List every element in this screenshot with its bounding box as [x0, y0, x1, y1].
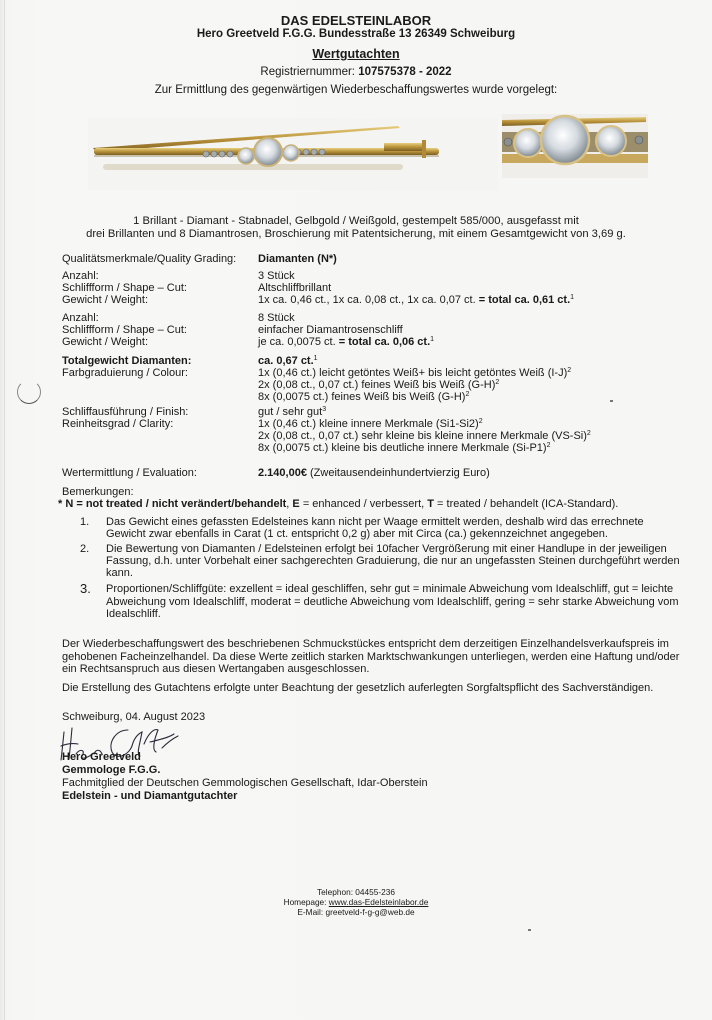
legend-t-text: = treated / behandelt (ICA-Standard). — [434, 498, 618, 510]
note-text: Das Gewicht eines gefassten Edelsteines … — [106, 516, 644, 540]
colour-value-1: 1x (0,46 ct.) leicht getöntes Weiß+ bis … — [258, 368, 571, 380]
lab-address: Hero Greetveld F.G.G. Bundesstraße 13 26… — [0, 28, 712, 40]
footnote-ref: 3 — [322, 406, 326, 413]
registration-line: Registriernummer: 107575378 - 2022 — [0, 66, 712, 78]
legend-e-text: = enhanced / verbessert, — [300, 498, 428, 510]
finish-value: gut / sehr gut3 — [258, 407, 326, 419]
note-number: 3. — [80, 583, 91, 595]
group2-count-value: 8 Stück — [258, 313, 295, 325]
legend-t-key: T — [427, 498, 434, 510]
group1-weight-label: Gewicht / Weight: — [62, 295, 148, 307]
note-number: 1. — [80, 516, 89, 528]
colour-value-3: 8x (0,0075 ct.) feines Weiß bis Weiß (G-… — [258, 392, 469, 404]
group2-weight-text: je ca. 0,0075 ct. — [258, 336, 339, 348]
footnote-ref: 1 — [430, 336, 434, 343]
treatment-legend: * N = not treated / nicht verändert/beha… — [58, 498, 618, 510]
footer-contact: Telephon: 04455-236 Homepage: www.das-Ed… — [0, 887, 712, 917]
group2-weight-label: Gewicht / Weight: — [62, 337, 148, 349]
footer-phone: Telephon: 04455-236 — [0, 887, 712, 897]
clarity-text: 1x (0,46 ct.) kleine innere Merkmale (Si… — [258, 418, 479, 430]
clarity-text: 8x (0,0075 ct.) kleine bis deutliche inn… — [258, 442, 547, 454]
clarity-value-1: 1x (0,46 ct.) kleine innere Merkmale (Si… — [258, 419, 483, 431]
brooch-detail-photo — [502, 114, 648, 178]
clarity-label: Reinheitsgrad / Clarity: — [62, 419, 173, 431]
scan-speck — [610, 400, 613, 402]
document-page: DAS EDELSTEINLABOR Hero Greetveld F.G.G.… — [0, 0, 712, 1020]
group2-count-label: Anzahl: — [62, 313, 99, 325]
group1-count-label: Anzahl: — [62, 271, 99, 283]
disclaimer-paragraph-1: Der Wiederbeschaffungswert des beschrieb… — [62, 638, 687, 676]
evaluation-amount: 2.140,00€ — [258, 467, 307, 479]
homepage-link[interactable]: www.das-Edelsteinlabor.de — [329, 897, 429, 907]
group1-weight-text: 1x ca. 0,46 ct., 1x ca. 0,08 ct., 1x ca.… — [258, 294, 479, 306]
registration-number: 107575378 - 2022 — [358, 66, 451, 78]
group1-cut-label: Schliffform / Shape – Cut: — [62, 283, 187, 295]
footnote-ref: 2 — [465, 391, 469, 398]
colour-label: Farbgraduierung / Colour: — [62, 368, 188, 380]
note-1: 1. Das Gewicht eines gefassten Edelstein… — [80, 516, 680, 541]
item-description-line-2: drei Brillanten und 8 Diamantrosen, Bros… — [40, 228, 672, 241]
registration-label: Registriernummer: — [260, 66, 355, 78]
colour-text: 1x (0,46 ct.) leicht getöntes Weiß+ bis … — [258, 367, 567, 379]
group1-weight-value: 1x ca. 0,46 ct., 1x ca. 0,08 ct., 1x ca.… — [258, 295, 574, 307]
note-text: Proportionen/Schliffgüte: exzellent = id… — [106, 583, 679, 620]
place-date: Schweiburg, 04. August 2023 — [62, 711, 687, 724]
finish-text: gut / sehr gut — [258, 406, 322, 418]
signatory-title-text: Gemmologe F.G.G. — [62, 764, 160, 776]
total-weight-value: ca. 0,67 ct.1 — [258, 356, 318, 368]
legend-n: * N = not treated / nicht verändert/beha… — [58, 498, 286, 510]
group2-cut-label: Schliffform / Shape – Cut: — [62, 325, 187, 337]
signatory-membership: Fachmitglied der Deutschen Gemmologische… — [62, 777, 428, 790]
colour-value-2: 2x (0,08 ct., 0,07 ct.) feines Weiß bis … — [258, 380, 499, 392]
footnote-ref: 2 — [567, 367, 571, 374]
footnote-ref: 2 — [587, 430, 591, 437]
notes-list: 1. Das Gewicht eines gefassten Edelstein… — [80, 516, 680, 620]
group2-weight-total: = total ca. 0,06 ct. — [339, 336, 430, 348]
footnote-ref: 1 — [314, 355, 318, 362]
group2-weight-value: je ca. 0,0075 ct. = total ca. 0,06 ct.1 — [258, 337, 434, 349]
note-number: 2. — [80, 543, 89, 555]
total-weight-label: Totalgewicht Diamanten: — [62, 356, 191, 368]
brooch-photo — [88, 118, 498, 190]
signatory-role: Edelstein - und Diamantgutachter — [62, 790, 237, 803]
signatory-name: Hero Greetveld — [62, 751, 141, 764]
item-description: 1 Brillant - Diamant - Stabnadel, Gelbgo… — [40, 215, 672, 241]
colour-text: 2x (0,08 ct., 0,07 ct.) feines Weiß bis … — [258, 379, 495, 391]
lab-name: DAS EDELSTEINLABOR — [0, 13, 712, 28]
disclaimer-paragraph-2: Die Erstellung des Gutachtens erfolgte u… — [62, 682, 687, 695]
page-edge — [4, 0, 5, 1020]
scan-speck — [528, 929, 531, 931]
note-text: Die Bewertung von Diamanten / Edelsteine… — [106, 543, 680, 580]
footnote-ref: 1 — [570, 294, 574, 301]
footer-email: E-Mail: greetveld-f-g-g@web.de — [0, 907, 712, 917]
item-description-line-1: 1 Brillant - Diamant - Stabnadel, Gelbgo… — [40, 215, 672, 228]
total-weight-value-text: ca. 0,67 ct. — [258, 355, 314, 367]
punch-hole-mark — [17, 380, 41, 404]
footnote-ref: 2 — [495, 379, 499, 386]
group2-cut-value: einfacher Diamantrosenschliff — [258, 325, 403, 337]
clarity-text: 2x (0,08 ct., 0,07 ct.) sehr kleine bis … — [258, 430, 587, 442]
group1-weight-total: = total ca. 0,61 ct. — [479, 294, 570, 306]
signatory-name-text: Hero Greetveld — [62, 751, 141, 763]
footnote-ref: 2 — [547, 442, 551, 449]
note-3: 3. Proportionen/Schliffgüte: exzellent =… — [80, 583, 680, 620]
grading-heading-value-text: Diamanten (N*) — [258, 253, 337, 265]
signatory-role-text: Edelstein - und Diamantgutachter — [62, 790, 237, 802]
grading-heading-label: Qualitätsmerkmale/Quality Grading: — [62, 254, 236, 266]
evaluation-value: 2.140,00€ (Zweitausendeinhundertvierzig … — [258, 468, 490, 480]
footnote-ref: 2 — [479, 418, 483, 425]
total-weight-label-text: Totalgewicht Diamanten: — [62, 355, 191, 367]
evaluation-amount-words: (Zweitausendeinhundertvierzig Euro) — [307, 467, 490, 479]
colour-text: 8x (0,0075 ct.) feines Weiß bis Weiß (G-… — [258, 391, 465, 403]
intro-text: Zur Ermittlung des gegenwärtigen Wiederb… — [0, 84, 712, 96]
legend-e-key: E — [292, 498, 299, 510]
signatory-title: Gemmologe F.G.G. — [62, 764, 160, 777]
clarity-value-2: 2x (0,08 ct., 0,07 ct.) sehr kleine bis … — [258, 431, 591, 443]
finish-label: Schliffausführung / Finish: — [62, 407, 188, 419]
note-2: 2. Die Bewertung von Diamanten / Edelste… — [80, 543, 680, 580]
remarks-heading: Bemerkungen: — [62, 486, 134, 498]
clarity-value-3: 8x (0,0075 ct.) kleine bis deutliche inn… — [258, 443, 550, 455]
grading-heading-value: Diamanten (N*) — [258, 254, 337, 266]
document-title: Wertgutachten — [0, 47, 712, 61]
footer-homepage: Homepage: www.das-Edelsteinlabor.de — [0, 897, 712, 907]
homepage-label: Homepage: — [284, 897, 329, 907]
group1-cut-value: Altschliffbrillant — [258, 283, 331, 295]
group1-count-value: 3 Stück — [258, 271, 295, 283]
evaluation-label: Wertermittlung / Evaluation: — [62, 468, 197, 480]
